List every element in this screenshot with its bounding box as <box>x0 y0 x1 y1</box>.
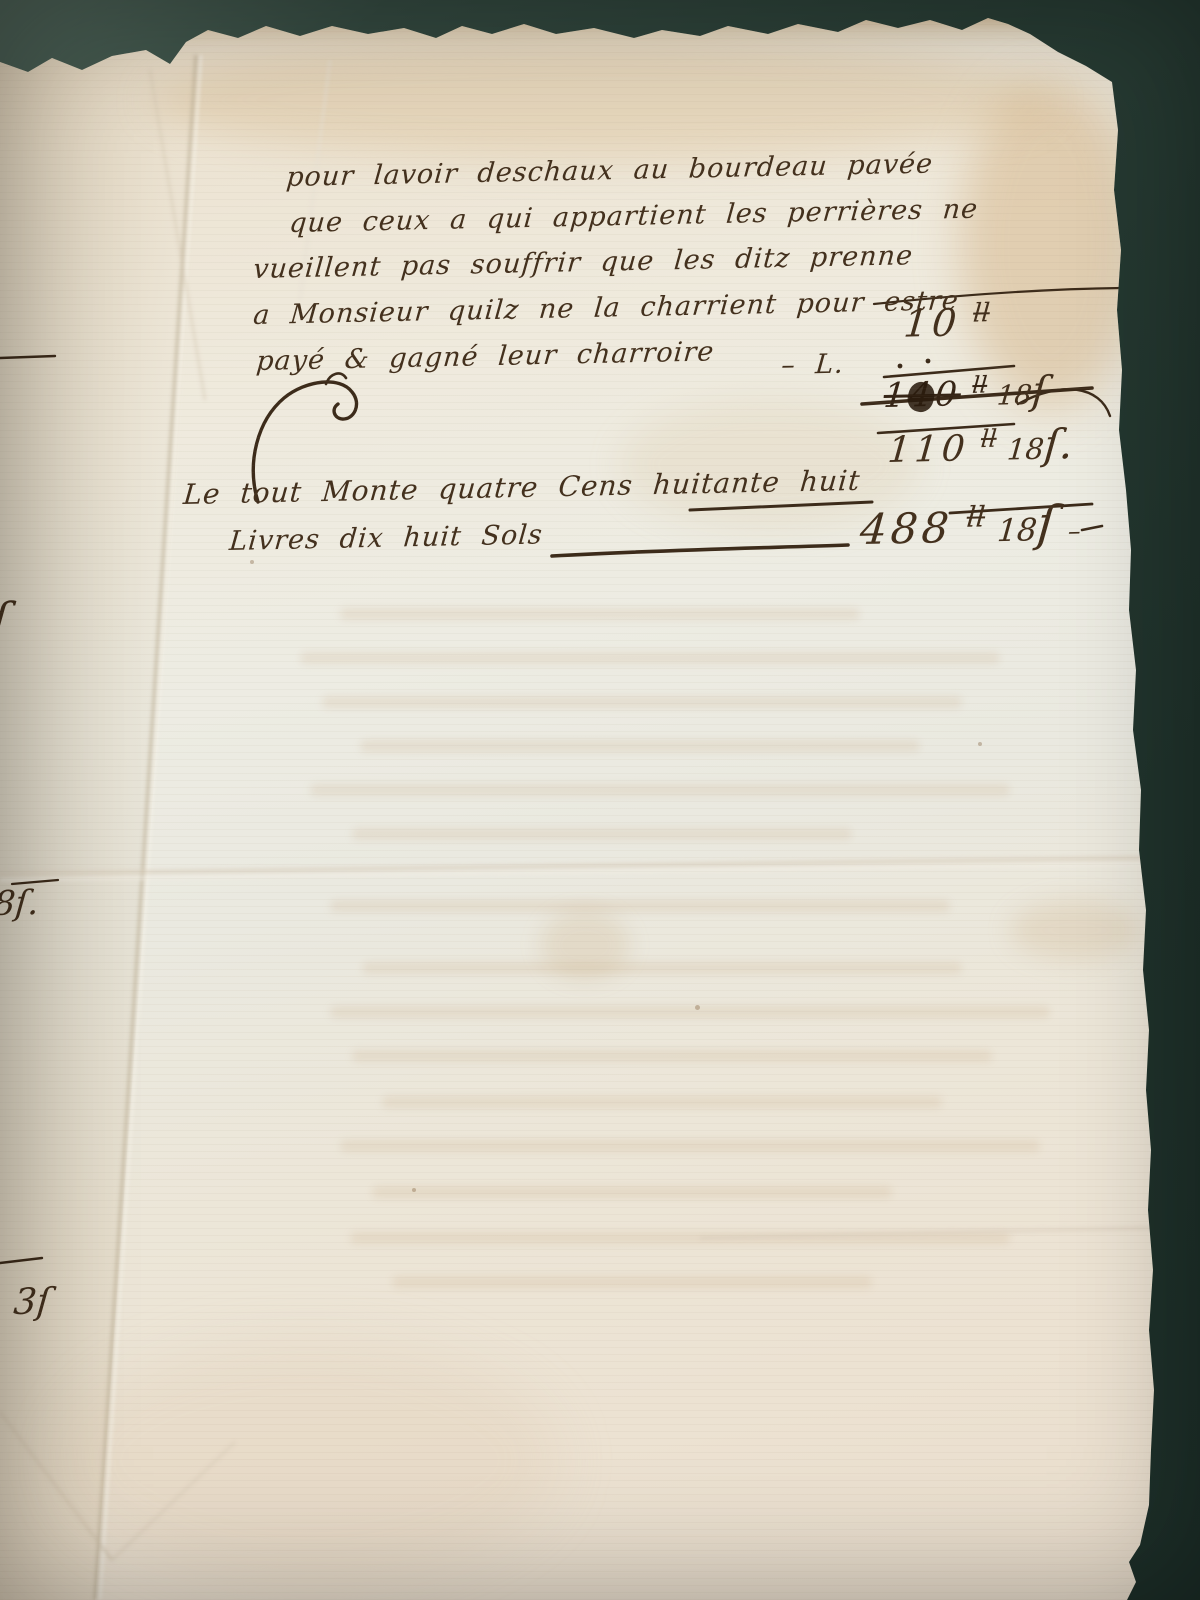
ink-bleedthrough <box>310 784 1010 796</box>
ink-bleedthrough <box>352 1050 992 1062</box>
livre-symbol: ll <box>980 424 998 453</box>
ink-bleedthrough <box>352 828 852 840</box>
paper-stain <box>960 80 1140 410</box>
body-line-2: que ceux a qui appartient les perrières … <box>288 194 979 239</box>
foxing-spot <box>412 1188 416 1192</box>
ink-bleedthrough <box>362 962 962 974</box>
ink-bleedthrough <box>322 696 962 708</box>
livre-symbol: ll <box>972 298 991 328</box>
ink-bleedthrough <box>340 608 860 620</box>
total-line-1: Le tout Monte quatre Cens huitante huit <box>182 464 862 511</box>
body-line-5: payé & gagné leur charroire <box>255 336 716 377</box>
grand-total-sous: 18 <box>996 512 1039 549</box>
body-line-4: a Monsieur quilz ne la charrient pour es… <box>252 285 960 331</box>
struck-total-sous: 18 <box>996 380 1033 412</box>
ink-bleedthrough <box>330 1006 1050 1018</box>
left-fold-shading <box>0 0 210 1600</box>
body-line-1: pour lavoir deschaux au bourdeau pavée <box>285 148 934 193</box>
ink-bleedthrough <box>330 900 950 912</box>
body-line-5-tail: – L. <box>780 349 845 381</box>
margin-fragment-3s: 3ſ <box>12 1281 52 1323</box>
sol-symbol: ſ <box>1035 496 1058 552</box>
ink-bleedthrough <box>372 1186 892 1198</box>
margin-fragment-8s: 8ſ. <box>0 883 40 924</box>
total-line-2: Livres dix huit Sols <box>228 519 544 557</box>
foxing-spot <box>978 742 982 746</box>
amount-corrected-total: 110 ll 18ſ. <box>886 420 1075 472</box>
corrected-total-value: 110 <box>886 428 970 471</box>
torn-edge-browning <box>0 0 1120 46</box>
amount-grand-total: 488 ll 18ſ – <box>858 495 1084 556</box>
amount-struck-total: 140 ll 18ſ <box>882 369 1049 417</box>
paper-stain <box>150 40 1050 160</box>
sol-symbol: ſ. <box>1042 420 1075 469</box>
ink-bleedthrough <box>300 652 1000 664</box>
sol-symbol: ſ <box>1030 369 1048 414</box>
corrected-total-sous: 18 <box>1006 432 1046 467</box>
ink-bleedthrough <box>350 1232 1010 1244</box>
livre-symbol: ll <box>971 373 988 399</box>
manuscript-page: pour lavoir deschaux au bourdeau pavée q… <box>0 0 1200 1600</box>
grand-total-value: 488 <box>858 503 954 554</box>
foxing-spot <box>250 560 254 564</box>
body-line-3: vueillent pas souffrir que les ditz pren… <box>252 240 914 285</box>
ink-bleedthrough <box>392 1276 872 1288</box>
manuscript-photo: pour lavoir deschaux au bourdeau pavée q… <box>0 0 1200 1600</box>
paper-stain <box>1010 900 1140 960</box>
amount-line-total-value: 10 <box>902 300 962 345</box>
ink-bleedthrough <box>340 1140 1040 1152</box>
paper-stain <box>60 1340 560 1580</box>
amount-line-total: 10 ll <box>902 298 991 345</box>
foxing-spot <box>695 1005 700 1010</box>
ink-bleedthrough <box>360 740 920 752</box>
livre-symbol: ll <box>965 499 986 533</box>
ink-bleedthrough <box>382 1096 942 1108</box>
grand-total-dash: – <box>1067 516 1082 545</box>
